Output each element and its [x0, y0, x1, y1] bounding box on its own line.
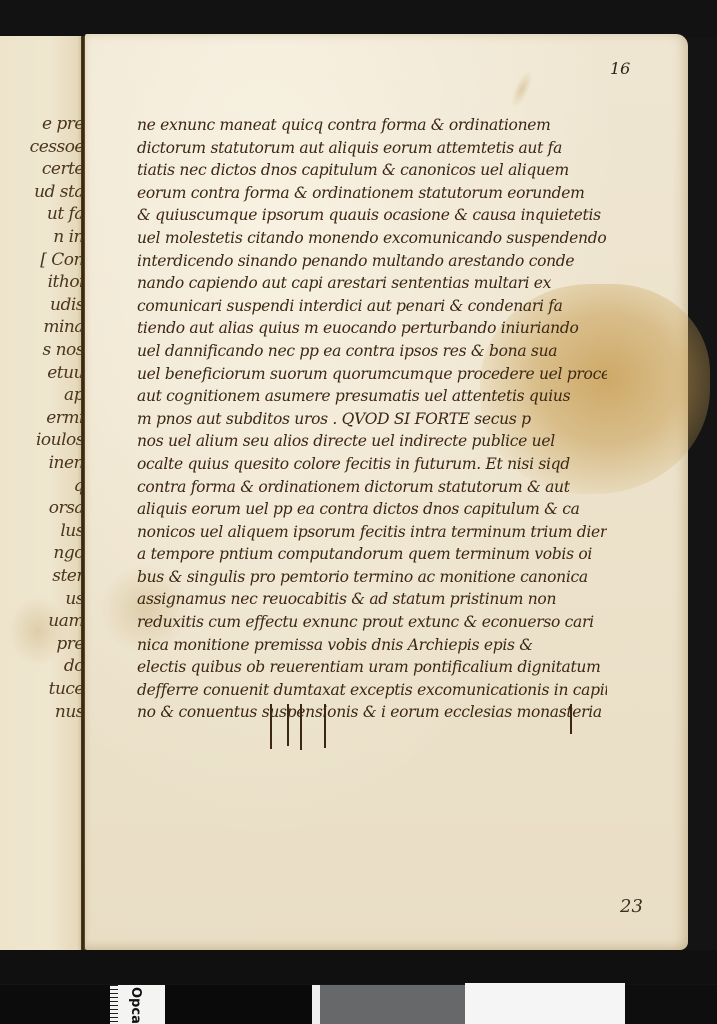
manuscript-line: comunicari suspendi interdici aut penari… — [137, 295, 607, 318]
color-patch-black — [165, 985, 320, 1024]
folio-number-bottom: 23 — [620, 896, 643, 917]
manuscript-line: & quiuscumque ipsorum quauis ocasione & … — [137, 204, 607, 227]
manuscript-line: tiendo aut alias quius m euocando pertur… — [137, 317, 607, 340]
background-bottom-left — [0, 985, 110, 1024]
left-margin-fragment: [ Con — [0, 250, 84, 270]
left-margin-fragment: s nos — [0, 340, 84, 360]
left-margin-fragment: q — [0, 476, 84, 496]
manuscript-text-block: ne exnunc maneat quicq contra forma & or… — [137, 114, 607, 724]
left-margin-fragment: us — [0, 589, 84, 609]
ruler-label: Opca — [128, 987, 143, 1024]
manuscript-line: interdicendo sinando penando multando ar… — [137, 250, 607, 273]
manuscript-line: ne exnunc maneat quicq contra forma & or… — [137, 114, 607, 137]
right-page-recto: 16 ne exnunc maneat quicq contra forma &… — [85, 34, 688, 950]
background-top — [0, 0, 717, 38]
left-margin-fragment: cessoe — [0, 137, 84, 157]
manuscript-line: aut cognitionem asumere presumatis uel a… — [137, 385, 607, 408]
left-margin-fragment: ioulos — [0, 430, 84, 450]
left-page-verso: e precessoecerteud staut fan in[ Conitho… — [0, 36, 84, 950]
manuscript-line: uel beneficiorum suorum quorumcumque pro… — [137, 363, 607, 386]
descender-stroke — [270, 704, 272, 749]
left-margin-fragment: do — [0, 656, 84, 676]
left-margin-fragment: n in — [0, 227, 84, 247]
descender-stroke — [287, 704, 289, 746]
left-margin-fragment: orsa — [0, 498, 84, 518]
left-margin-fragment: ermi — [0, 408, 84, 428]
manuscript-line: nonicos uel aliquem ipsorum fecitis intr… — [137, 521, 607, 544]
left-margin-fragment: pre — [0, 634, 84, 654]
long-descender-strokes — [270, 704, 330, 754]
left-margin-fragment: ngo — [0, 543, 84, 563]
manuscript-line: tiatis nec dictos dnos capitulum & canon… — [137, 159, 607, 182]
manuscript-line: nos uel alium seu alios directe uel indi… — [137, 430, 607, 453]
color-patch-divider — [312, 985, 320, 1024]
left-margin-fragment: ster — [0, 566, 84, 586]
descender-stroke — [300, 704, 302, 750]
scale-ruler: Opca — [110, 985, 165, 1024]
descender-stroke — [324, 704, 326, 748]
manuscript-line: no & conuentus suspensionis & i eorum ec… — [137, 701, 607, 724]
left-margin-fragment: lus — [0, 521, 84, 541]
manuscript-line: dictorum statutorum aut aliquis eorum at… — [137, 137, 607, 160]
manuscript-line: a tempore pntium computandorum quem term… — [137, 543, 607, 566]
manuscript-line: aliquis eorum uel pp ea contra dictos dn… — [137, 498, 607, 521]
left-margin-fragment: certe — [0, 159, 84, 179]
manuscript-line: nica monitione premissa vobis dnis Archi… — [137, 634, 607, 657]
folio-number-top: 16 — [610, 59, 630, 78]
left-margin-fragment: ap — [0, 385, 84, 405]
manuscript-line: defferre conuenit dumtaxat exceptis exco… — [137, 679, 607, 702]
left-margin-fragment: inen — [0, 453, 84, 473]
manuscript-line: assignamus nec reuocabitis & ad statum p… — [137, 588, 607, 611]
manuscript-line: nando capiendo aut capi arestari sentent… — [137, 272, 607, 295]
manuscript-line: uel molestetis citando monendo excomunic… — [137, 227, 607, 250]
manuscript-line: uel dannificando nec pp ea contra ipsos … — [137, 340, 607, 363]
manuscript-line: ocalte quius quesito colore fecitis in f… — [137, 453, 607, 476]
descender-stroke-right — [570, 704, 572, 734]
manuscript-line: electis quibus ob reuerentiam uram ponti… — [137, 656, 607, 679]
left-margin-fragment: ithoi — [0, 272, 84, 292]
manuscript-line: m pnos aut subditos uros . QVOD SI FORTE… — [137, 408, 607, 431]
left-margin-fragment: ud sta — [0, 182, 84, 202]
stain-top-small — [507, 68, 537, 110]
manuscript-line: contra forma & ordinationem dictorum sta… — [137, 476, 607, 499]
left-margin-fragment: uam — [0, 611, 84, 631]
color-patch-white — [465, 983, 625, 1024]
background-bottom-right — [625, 985, 717, 1024]
manuscript-line: reduxitis cum effectu exnunc prout extun… — [137, 611, 607, 634]
background-bottom — [0, 950, 717, 984]
left-margin-fragment: nus — [0, 702, 84, 722]
left-margin-fragment: mina — [0, 317, 84, 337]
left-margin-fragment: ut fa — [0, 204, 84, 224]
left-margin-fragment: tuce — [0, 679, 84, 699]
left-margin-fragment: etuu — [0, 363, 84, 383]
left-margin-fragment: udis — [0, 295, 84, 315]
manuscript-line: eorum contra forma & ordinationem statut… — [137, 182, 607, 205]
left-margin-fragment: e pre — [0, 114, 84, 134]
ruler-ticks — [110, 985, 118, 1024]
manuscript-line: bus & singulis pro pemtorio termino ac m… — [137, 566, 607, 589]
color-patch-gray — [320, 985, 465, 1024]
